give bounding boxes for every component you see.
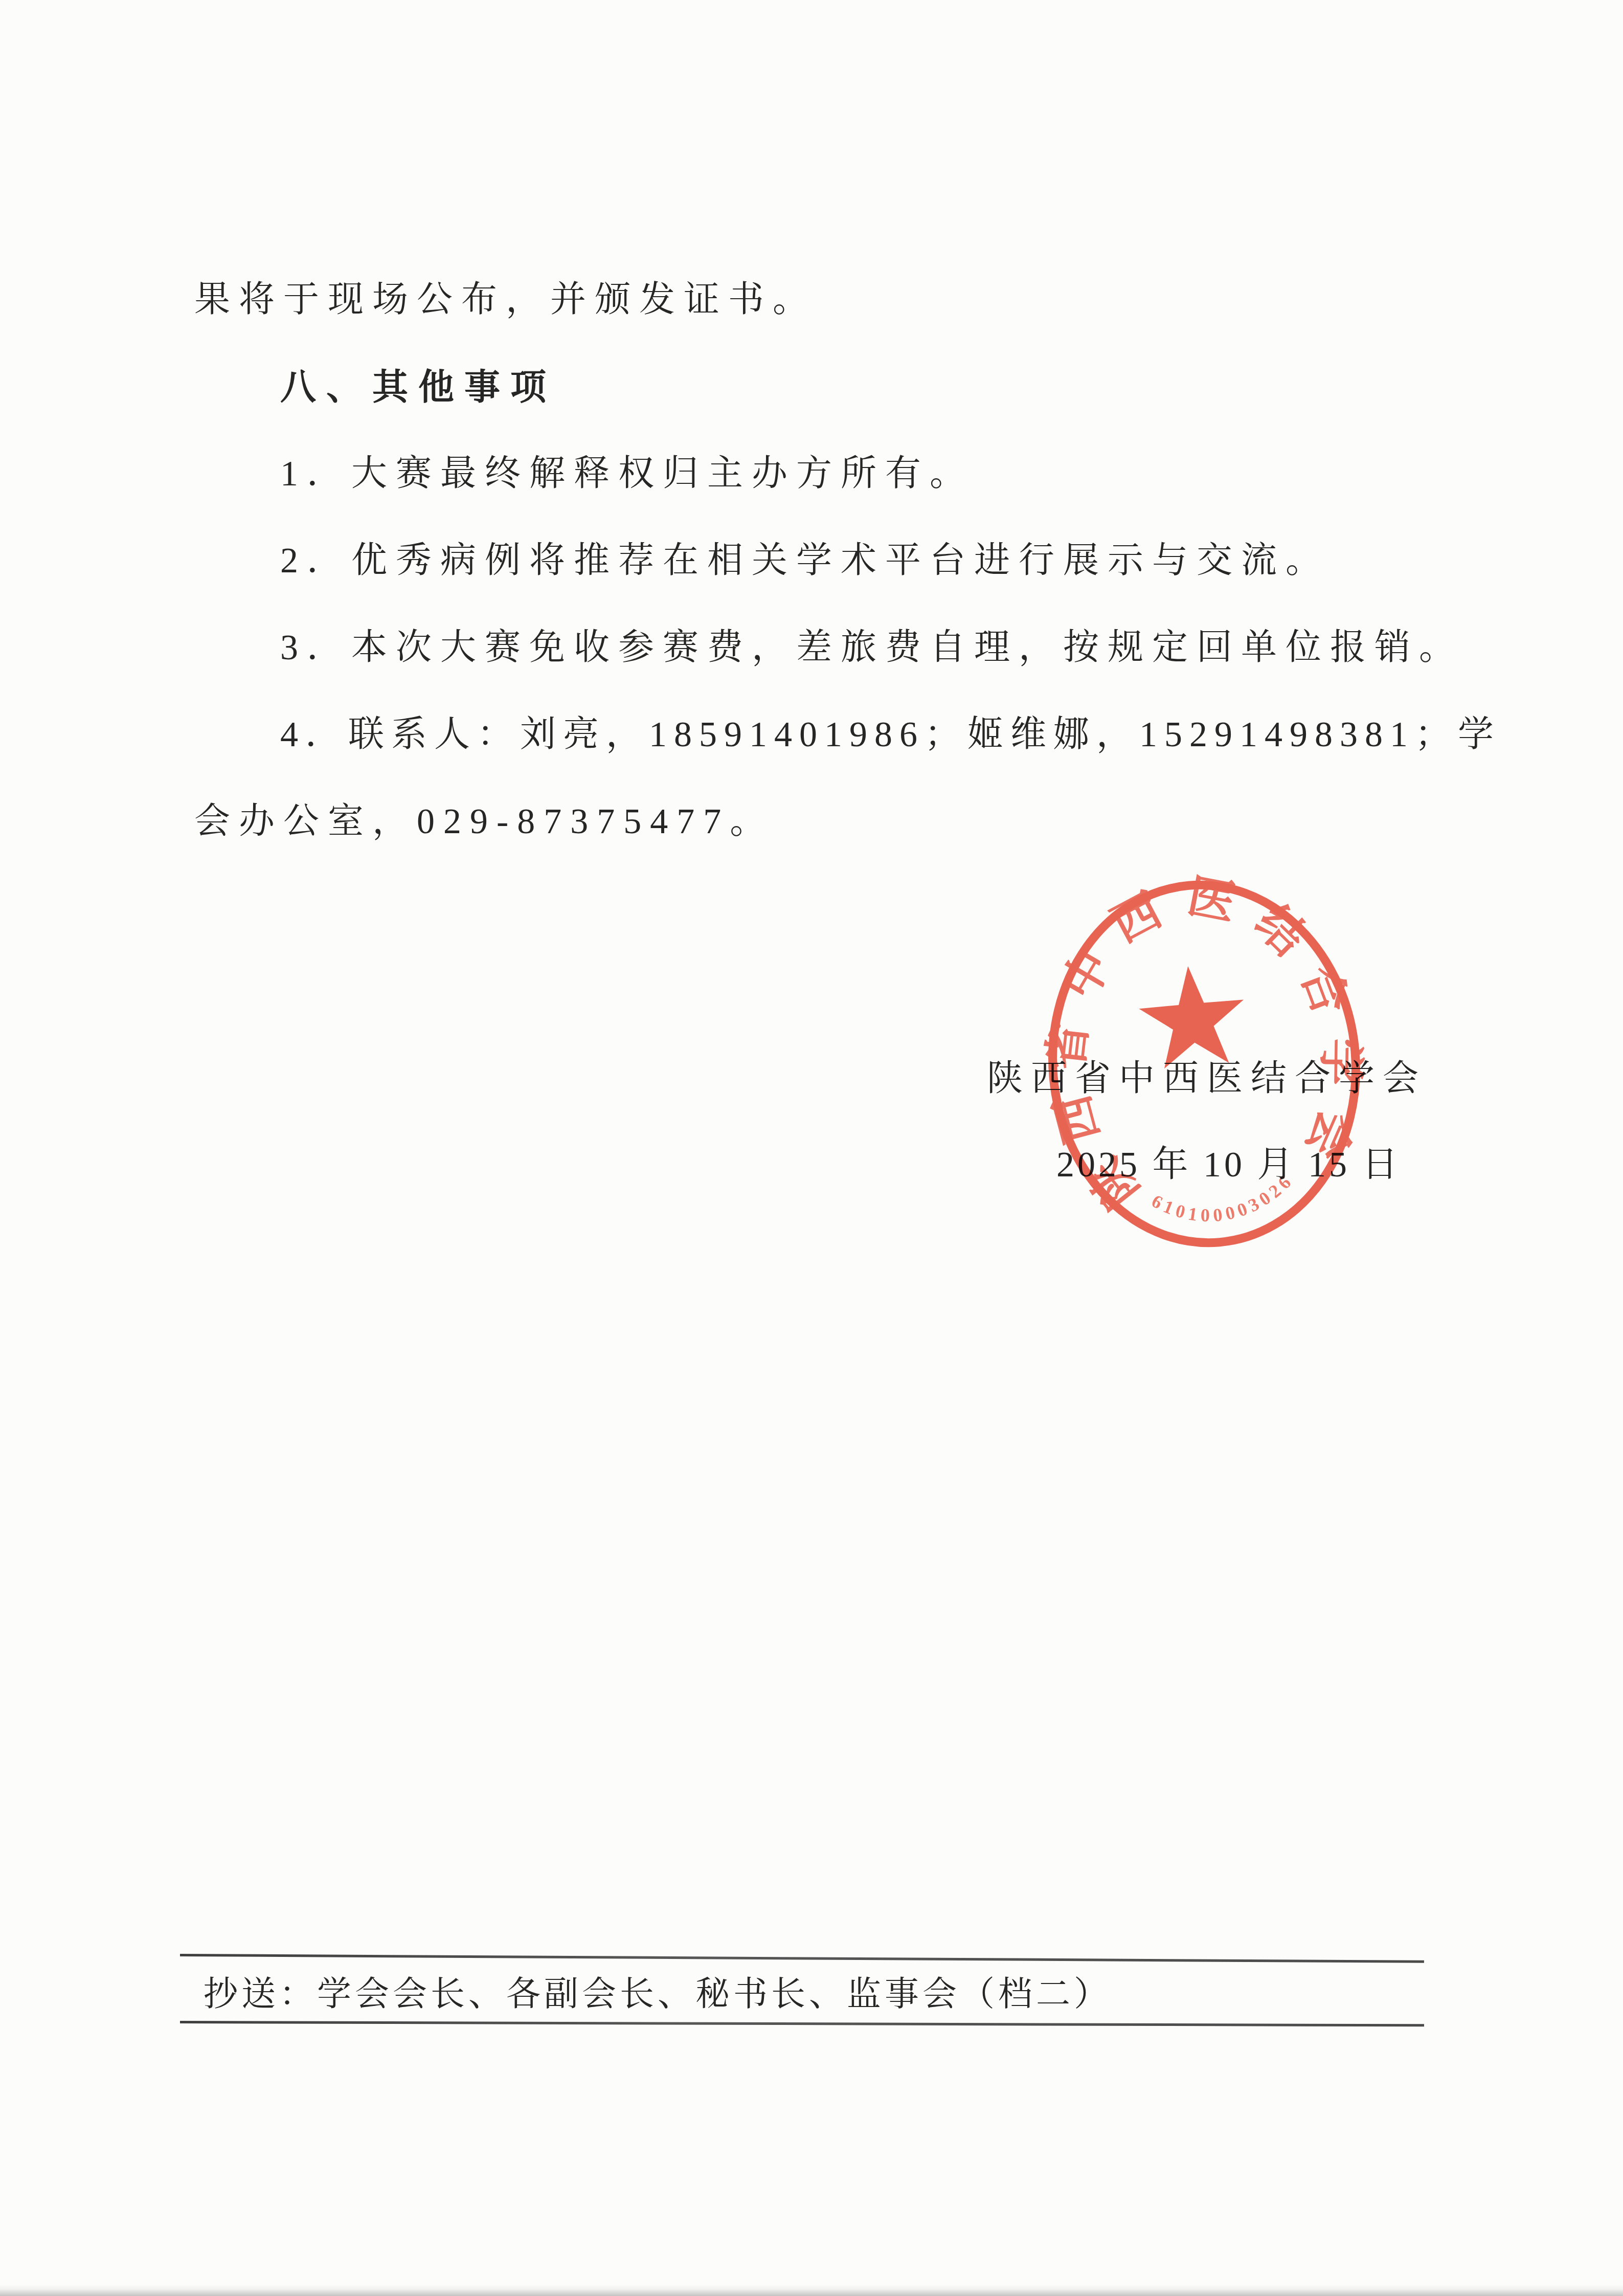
footer-rule-top xyxy=(180,1954,1424,1963)
document-page: 果将于现场公布，并颁发证书。 八、其他事项 1．大赛最终解释权归主办方所有。 2… xyxy=(0,0,1623,2296)
scan-edge-artifact xyxy=(0,2285,1623,2296)
list-item-2: 2．优秀病例将推荐在相关学术平台进行展示与交流。 xyxy=(280,543,1330,579)
official-seal: 陕西省中西医结合学会 610100003026 xyxy=(1025,864,1383,1263)
intro-line: 果将于现场公布，并颁发证书。 xyxy=(194,282,817,318)
footer-cc-line: 抄送：学会会长、各副会长、秘书长、监事会（档二） xyxy=(204,1976,1112,2013)
seal-star-icon xyxy=(1136,962,1249,1071)
list-item-4: 4．联系人：刘亮，18591401986；姬维娜，15291498381；学 xyxy=(280,717,1501,753)
list-item-3: 3．本次大赛免收参赛费，差旅费自理，按规定回单位报销。 xyxy=(280,630,1463,666)
section-heading: 八、其他事项 xyxy=(280,369,556,405)
list-item-1: 1．大赛最终解释权归主办方所有。 xyxy=(280,456,974,492)
list-item-4-continuation: 会办公室，029-87375477。 xyxy=(194,804,774,840)
footer-rule-bottom xyxy=(180,2021,1424,2026)
